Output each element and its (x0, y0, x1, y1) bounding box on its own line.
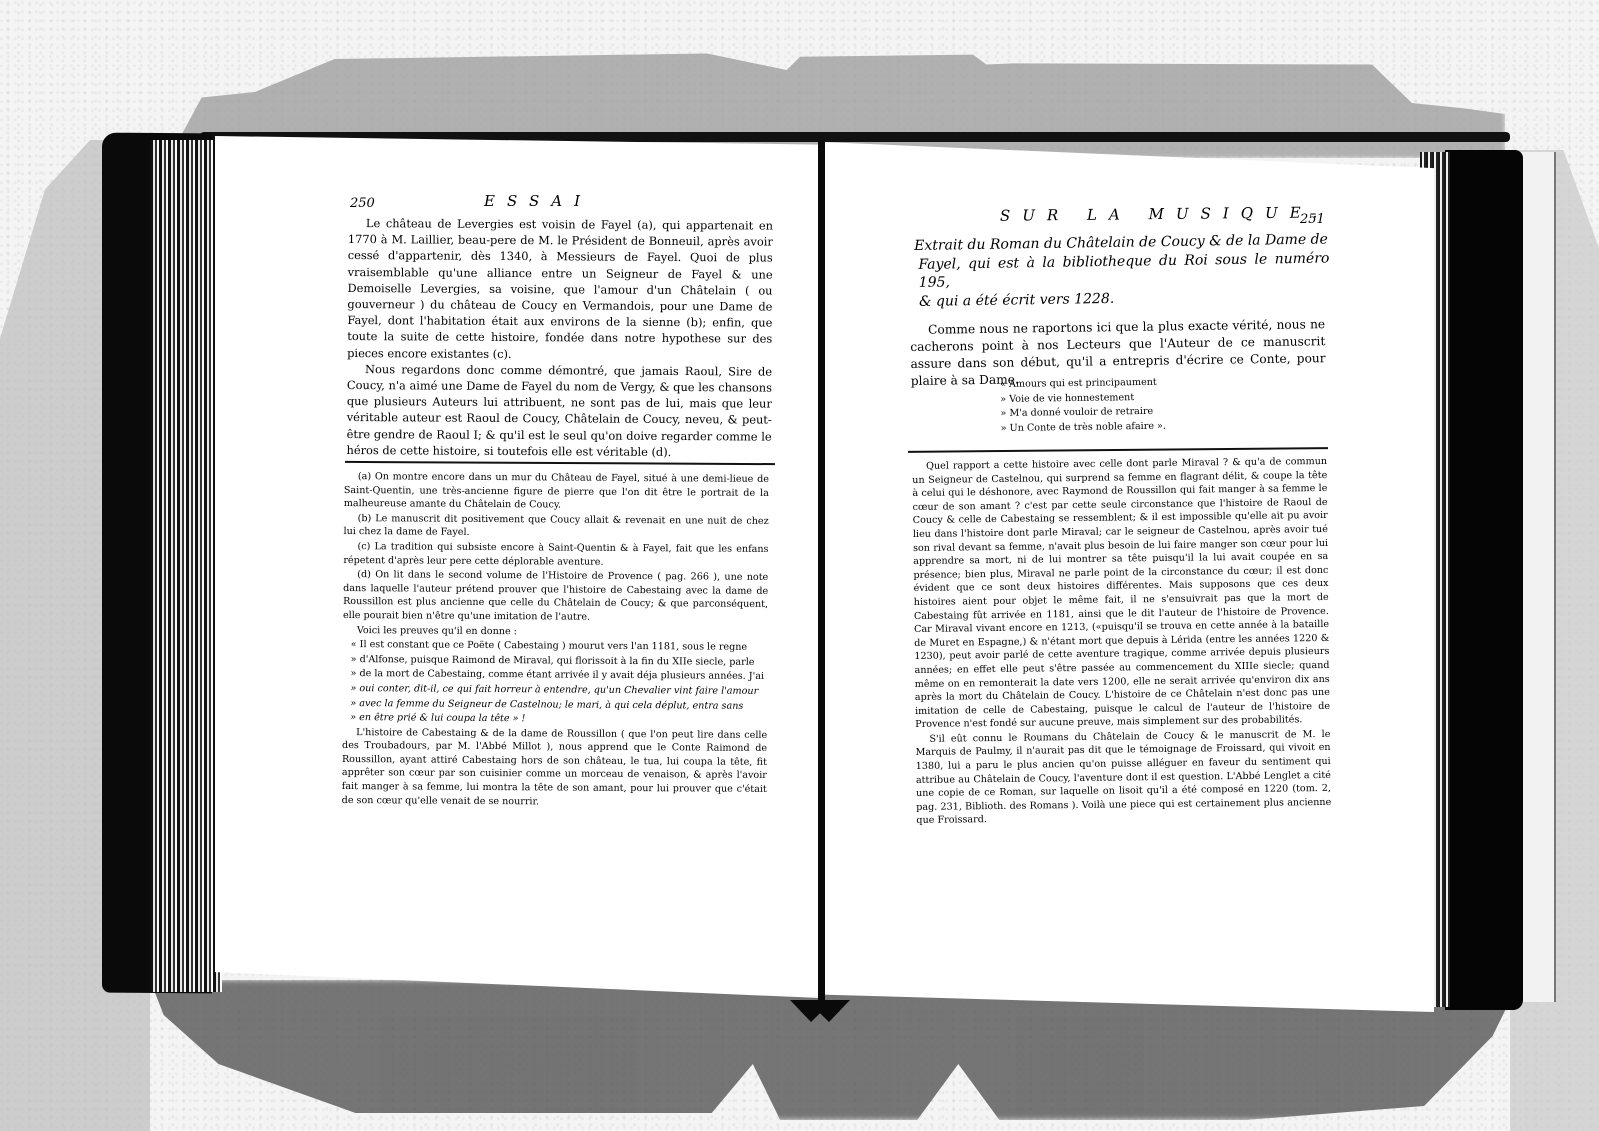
footnote-froissard: S'il eût connu le Roumans du Châtelain d… (915, 728, 1331, 828)
left-body-text: Le château de Levergies est voisin de Fa… (347, 215, 773, 461)
verse-line: » Un Conte de très noble afaire ». (1001, 419, 1211, 436)
left-paragraph-1: Le château de Levergies est voisin de Fa… (347, 215, 773, 363)
footnote-cabestaing-story: L'histoire de Cabestaing & de la dame de… (342, 726, 768, 811)
extract-title: Extrait du Roman du Châtelain de Coucy &… (914, 230, 1330, 311)
left-running-head: ESSAI (484, 192, 592, 210)
left-footnotes: (a) On montre encore dans un mur du Chât… (342, 470, 769, 811)
left-page-number: 250 (350, 196, 375, 211)
right-footnotes: Quel rapport a cette histoire avec celle… (912, 455, 1331, 829)
page-stack-left (150, 140, 222, 992)
book-cover-right (1445, 150, 1523, 1010)
footnote-c: (c) La tradition qui subsiste encore à S… (343, 540, 768, 570)
right-running-head: SUR LA MUSIQUE. (1000, 203, 1330, 224)
footnote-a: (a) On montre encore dans un mur du Chât… (344, 470, 769, 514)
left-paragraph-2: Nous regardons donc comme démontré, que … (347, 361, 773, 461)
verse-quote: « Amours qui est principaument » Voie de… (1000, 375, 1211, 436)
footnote-miraval-comparison: Quel rapport a cette histoire avec celle… (912, 455, 1330, 732)
book-cover-right-edge (1518, 152, 1556, 1002)
footnote-b: (b) Le manuscrit dit positivement que Co… (344, 512, 769, 542)
footnote-d: (d) On lit dans le second volume de l'Hi… (343, 568, 768, 625)
right-page-number: 251 (1300, 212, 1325, 227)
book-gutter (818, 140, 825, 1010)
